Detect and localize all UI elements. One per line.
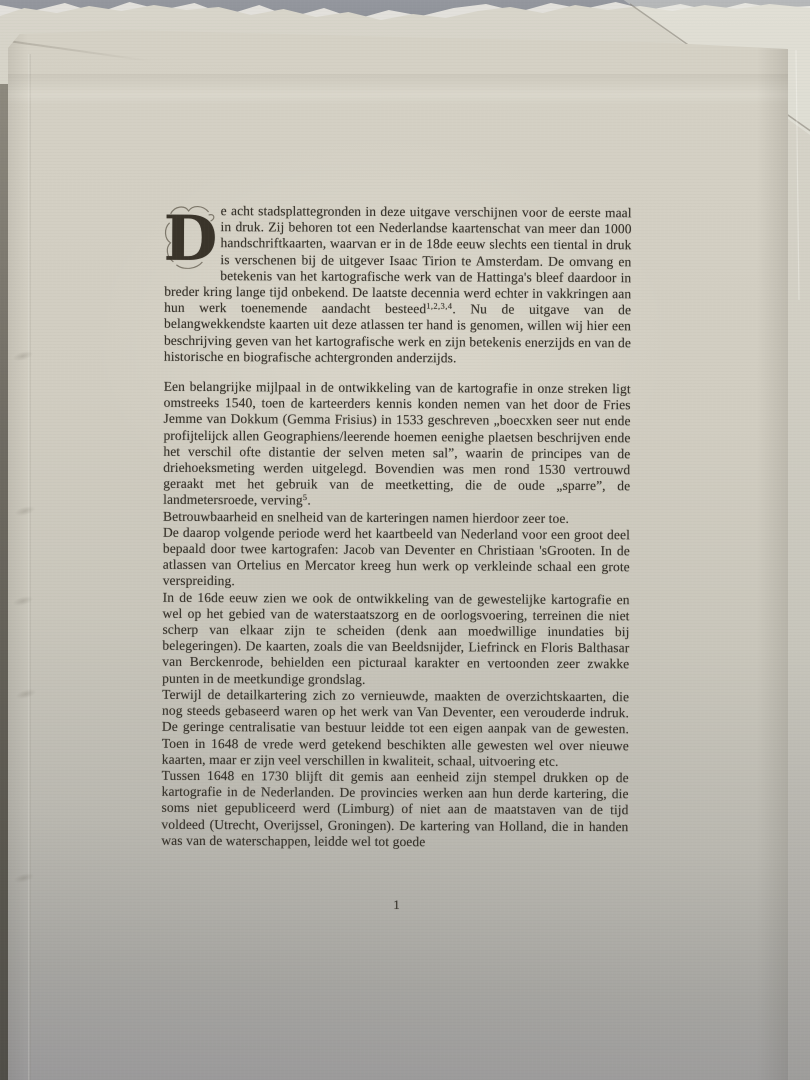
edge-wrinkle	[7, 591, 39, 610]
paragraph-text: Tussen 1648 en 1730 blijft dit gemis aan…	[161, 768, 628, 849]
edge-wrinkle	[7, 346, 39, 365]
body-paragraph: In de 16de eeuw zien we ook de ontwikkel…	[162, 589, 630, 689]
page-number: 1	[163, 897, 630, 913]
drop-cap-letter: D	[164, 205, 216, 269]
paragraph-text: De daarop volgende periode werd het kaar…	[163, 525, 630, 589]
lighting-band	[8, 74, 788, 104]
paragraph-text: .	[307, 493, 311, 508]
footnote-ref-1234: 1,2,3,4	[426, 301, 452, 311]
intro-text-pre: e acht stadsplattegronden in deze uitgav…	[164, 203, 632, 316]
paragraph-text: Betrouwbaarheid en snelheid van de karte…	[163, 508, 569, 525]
page-text: D e acht stadsplattegronden in deze uitg…	[161, 203, 631, 851]
paragraph-text: Terwijl de detailkartering zich zo verni…	[162, 687, 629, 769]
body-paragraph: Een belangrijke mijlpaal in de ontwikkel…	[163, 379, 631, 511]
vertical-crease	[28, 54, 31, 1080]
paragraph-text: In de 16de eeuw zien we ook de ontwikkel…	[162, 589, 629, 686]
book-page: D e acht stadsplattegronden in deze uitg…	[8, 0, 788, 1080]
intro-paragraph: D e acht stadsplattegronden in deze uitg…	[164, 203, 632, 367]
edge-wrinkle	[8, 868, 40, 887]
edge-wrinkle	[10, 684, 42, 703]
corner-crease	[8, 40, 167, 64]
body-paragraph: Terwijl de detailkartering zich zo verni…	[162, 687, 629, 770]
body-paragraph: De daarop volgende periode werd het kaar…	[163, 525, 630, 592]
paragraph-text: Een belangrijke mijlpaal in de ontwikkel…	[163, 379, 631, 508]
photo-scene: D e acht stadsplattegronden in deze uitg…	[0, 0, 810, 1080]
body-paragraph: Tussen 1648 en 1730 blijft dit gemis aan…	[161, 768, 628, 851]
drop-cap: D	[164, 205, 216, 269]
edge-wrinkle	[9, 501, 41, 520]
